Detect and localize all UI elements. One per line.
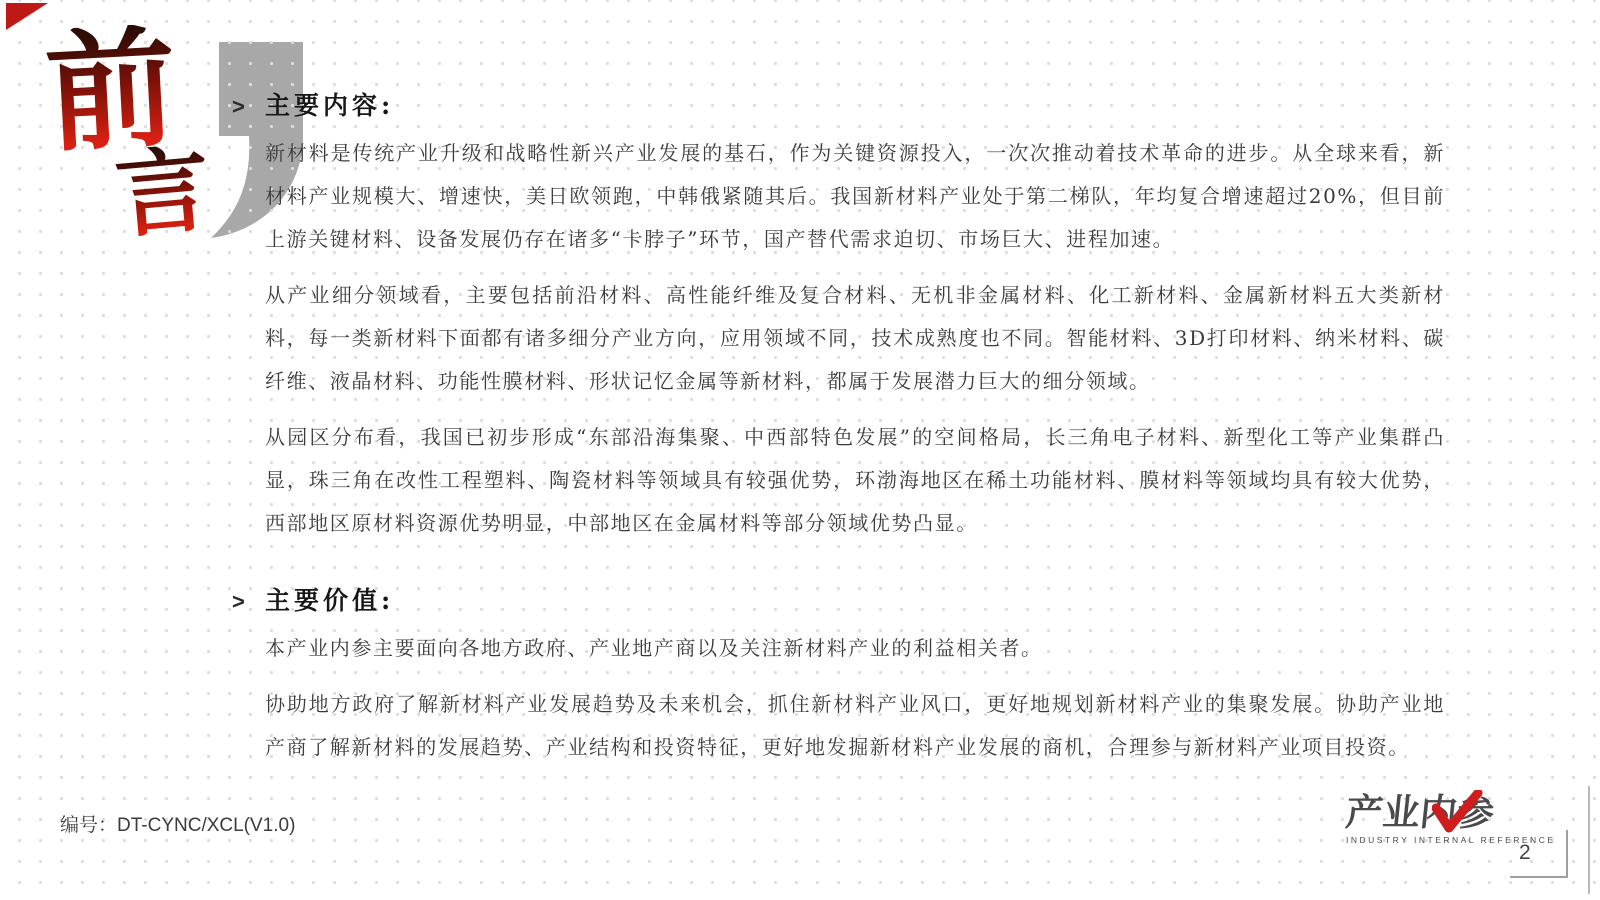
heading-main-content: 主要内容: (265, 86, 394, 122)
paragraph-audience: 本产业内参主要面向各地方政府、产业地产商以及关注新材料产业的利益相关者。 (265, 627, 1445, 670)
title-calligraphy-char-yan: 言 (112, 142, 214, 244)
section-heading-main-value: > 主要价值: (232, 581, 1448, 617)
heading-main-value: 主要价值: (265, 581, 394, 617)
brand-logo-subtitle: INDUSTRY INTERNAL REFERENCE (1346, 835, 1518, 845)
brand-logo: 产业内参 INDUSTRY INTERNAL REFERENCE (1346, 794, 1518, 845)
page-number: 2 (1519, 841, 1531, 865)
paragraph-industry-overview: 新材料是传统产业升级和战略性新兴产业发展的基石，作为关键资源投入，一次次推动着技… (265, 132, 1445, 261)
foreword-slide: 前 言 > 主要内容: 新材料是传统产业升级和战略性新兴产业发展的基石，作为关键… (0, 0, 1600, 900)
chevron-marker-icon: > (232, 94, 265, 120)
paragraph-segments: 从产业细分领域看，主要包括前沿材料、高性能纤维及复合材料、无机非金属材料、化工新… (265, 274, 1445, 403)
document-number: 编号：DT-CYNC/XCL(V1.0) (60, 810, 295, 837)
section-heading-main-content: > 主要内容: (232, 86, 1448, 122)
page-number-bracket: 2 (1510, 830, 1568, 878)
brand-logo-text: 产业内参 (1344, 794, 1520, 831)
content-column: > 主要内容: 新材料是传统产业升级和战略性新兴产业发展的基石，作为关键资源投入… (232, 86, 1448, 782)
chevron-marker-icon: > (232, 589, 265, 615)
paragraph-value-detail: 协助地方政府了解新材料产业发展趋势及未来机会，抓住新材料产业风口，更好地规划新材… (265, 683, 1445, 769)
paragraph-regional-layout: 从园区分布看，我国已初步形成“东部沿海集聚、中西部特色发展”的空间格局，长三角电… (265, 416, 1445, 545)
right-edge-divider (1588, 786, 1590, 894)
